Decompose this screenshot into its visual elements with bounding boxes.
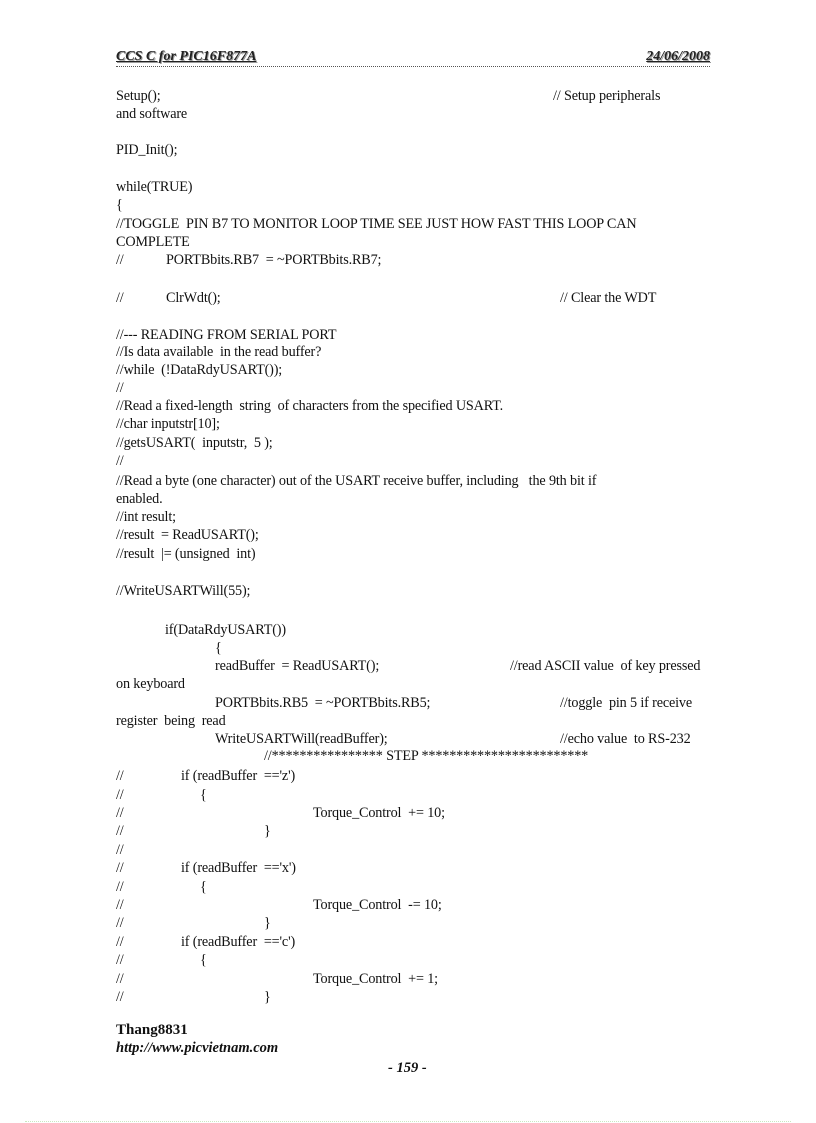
code-line: { [200,786,207,804]
code-line: // [116,289,124,307]
code-line: //int result; [116,508,176,526]
code-line: //echo value to RS-232 [560,730,691,748]
header-divider [116,66,710,67]
code-line: // [116,786,124,804]
code-line: Torque_Control += 10; [313,804,445,822]
code-line: //result |= (unsigned int) [116,545,255,563]
page-bottom-border [25,1121,791,1122]
code-line: Torque_Control -= 10; [313,896,442,914]
code-line: if (readBuffer =='x') [181,859,296,877]
code-line: // [116,859,124,877]
code-line: { [200,951,207,969]
code-line: // [116,804,124,822]
code-line: WriteUSARTWill(readBuffer); [215,730,388,748]
code-line: PID_Init(); [116,141,177,159]
code-line: } [264,988,271,1006]
document-header-date: 24/06/2008 [646,49,710,67]
code-line: //Read a byte (one character) out of the… [116,472,596,490]
code-line: and software [116,105,187,123]
code-line: //getsUSART( inputstr, 5 ); [116,434,273,452]
code-line: // [116,896,124,914]
code-line: // Setup peripherals [553,87,660,105]
code-line: Setup(); [116,87,161,105]
code-line: while(TRUE) [116,178,192,196]
code-line: { [200,878,207,896]
code-line: if (readBuffer =='c') [181,933,295,951]
code-line: // [116,970,124,988]
code-line: ClrWdt(); [166,289,221,307]
code-line: } [264,914,271,932]
code-line: //while (!DataRdyUSART()); [116,361,282,379]
footer-url-link[interactable]: http://www.picvietnam.com [116,1039,278,1057]
code-line: PORTBbits.RB5 = ~PORTBbits.RB5; [215,694,430,712]
code-line: // [116,822,124,840]
code-line: { [215,639,222,657]
code-line: if(DataRdyUSART()) [165,621,286,639]
code-line: PORTBbits.RB7 = ~PORTBbits.RB7; [166,251,381,269]
code-line: register being read [116,712,226,730]
code-line: //read ASCII value of key pressed [510,657,700,675]
code-line: on keyboard [116,675,185,693]
code-line: enabled. [116,490,162,508]
code-line: // [116,951,124,969]
code-line: //Read a fixed-length string of characte… [116,397,503,415]
footer-author: Thang8831 [116,1021,188,1039]
code-line: // Clear the WDT [560,289,656,307]
code-line: COMPLETE [116,233,190,251]
code-line: //toggle pin 5 if receive [560,694,692,712]
code-line: Torque_Control += 1; [313,970,438,988]
code-line: // [116,379,124,397]
code-line: // [116,841,124,859]
code-line: // [116,988,124,1006]
page-number: - 159 - [388,1059,427,1077]
code-line: // [116,878,124,896]
code-line: // [116,767,124,785]
code-line: //char inputstr[10]; [116,415,220,433]
code-line: // [116,914,124,932]
code-line: // [116,452,124,470]
code-line: // [116,251,124,269]
code-line: //TOGGLE PIN B7 TO MONITOR LOOP TIME SEE… [116,215,636,233]
document-header-title: CCS C for PIC16F877A [116,49,256,67]
code-line: //**************** STEP ****************… [264,747,588,765]
code-line: readBuffer = ReadUSART(); [215,657,379,675]
code-line: //--- READING FROM SERIAL PORT [116,326,336,344]
code-line: if (readBuffer =='z') [181,767,295,785]
code-line: //WriteUSARTWill(55); [116,582,250,600]
code-line: } [264,822,271,840]
code-line: // [116,933,124,951]
code-line: { [116,196,123,214]
code-line: //result = ReadUSART(); [116,526,259,544]
code-line: //Is data available in the read buffer? [116,343,321,361]
